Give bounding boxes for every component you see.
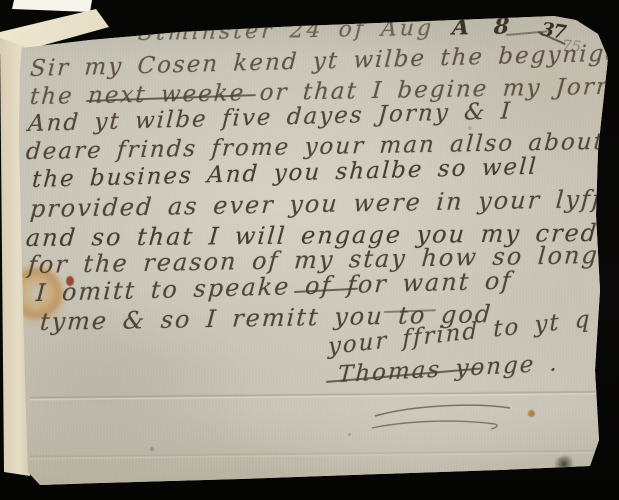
heading-place-date: Stminster 24 of Aug (137, 16, 434, 46)
scan-background: Stminster 24 of AugA 8 37 75 Sir my Cose… (0, 0, 619, 500)
ink-smudge (550, 452, 578, 475)
fold-crease (30, 449, 595, 460)
heading-day-mark: A 8 (451, 13, 515, 40)
letter-line: provided as ever you were in your lyffe (29, 187, 619, 221)
stain-speck (528, 410, 535, 417)
stain-speck (468, 126, 472, 130)
letter-heading: Stminster 24 of AugA 8 (137, 15, 515, 45)
stain-speck (150, 447, 154, 451)
letter-page: Stminster 24 of AugA 8 37 75 Sir my Cose… (0, 0, 619, 500)
pen-flourish (370, 398, 520, 438)
stain-speck (348, 433, 351, 436)
